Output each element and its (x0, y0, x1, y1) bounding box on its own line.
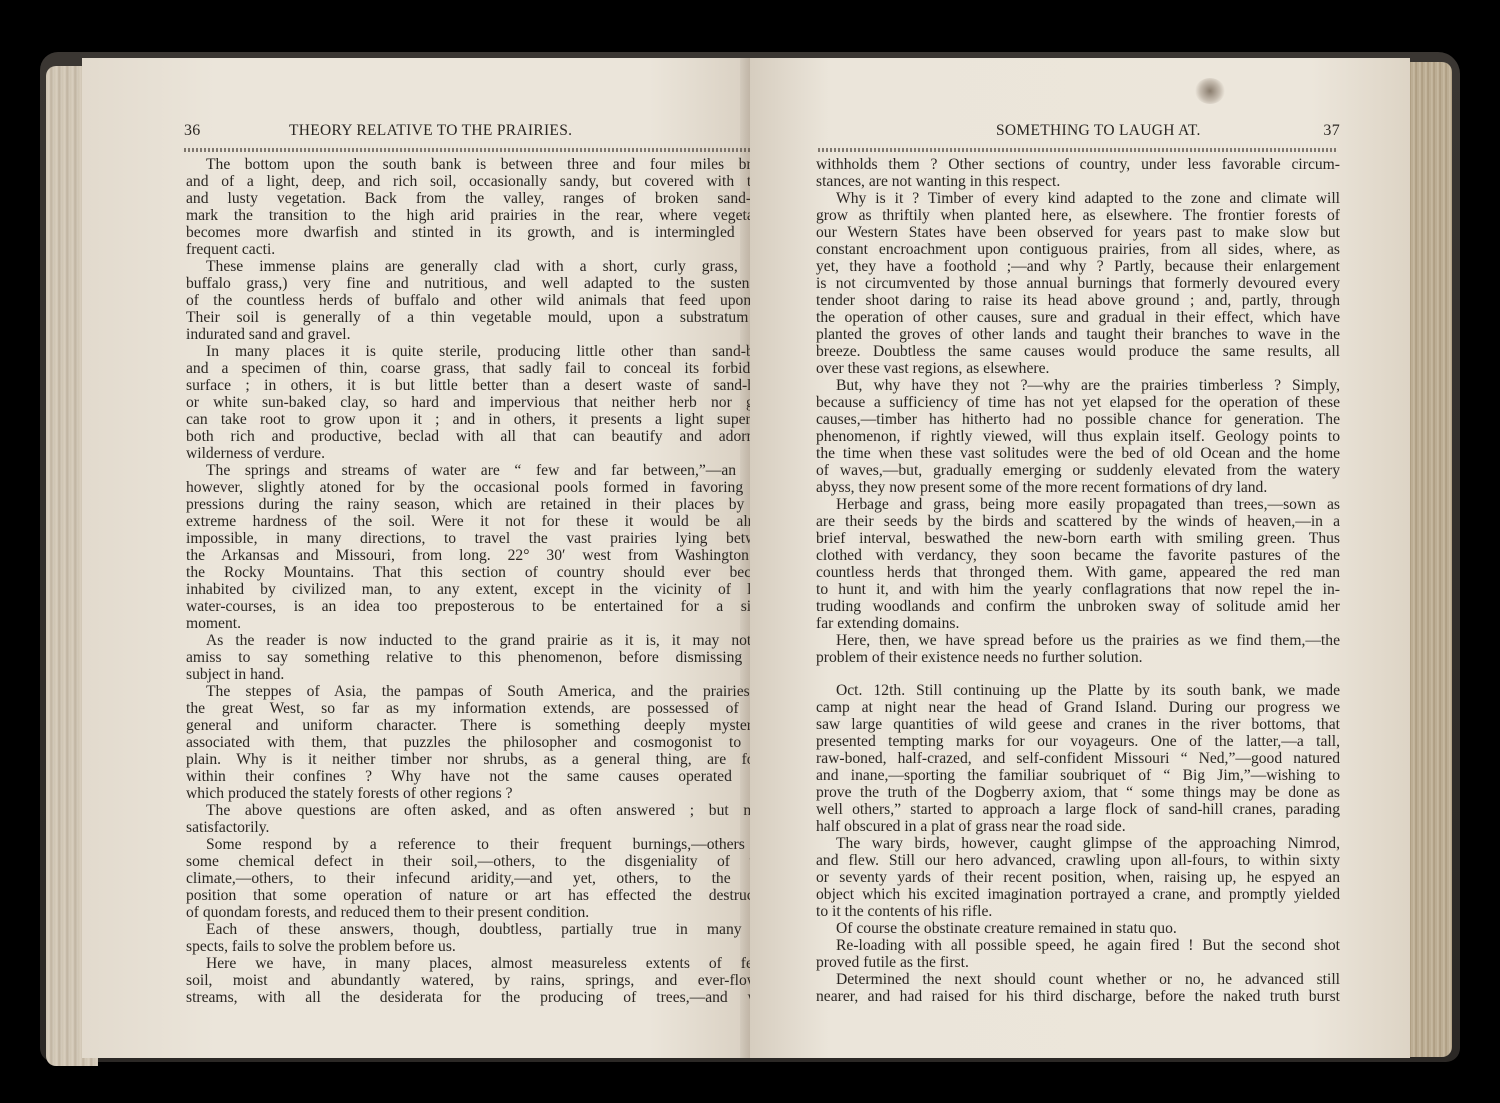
text-line: Their soil is generally of a thin vegeta… (186, 309, 778, 326)
text-line: the Rocky Mountains. That this section o… (186, 564, 778, 581)
text-line: to hunt it, and with him the yearly conf… (816, 581, 1340, 598)
text-line: the Arkansas and Missouri, from long. 22… (186, 547, 778, 564)
text-line: our Western States have been observed fo… (816, 224, 1340, 241)
paragraph: Herbage and grass, being more easily pro… (816, 496, 1340, 632)
text-line: water-courses, is an idea too prepostero… (186, 598, 778, 615)
text-line: causes,—timber has hitherto had no possi… (816, 411, 1340, 428)
text-line: The bottom upon the south bank is betwee… (186, 156, 778, 173)
text-line: and lusty vegetation. Back from the vall… (186, 190, 778, 207)
text-line: and a specimen of thin, coarse grass, th… (186, 360, 778, 377)
paragraph: The bottom upon the south bank is betwee… (186, 156, 778, 258)
text-line: of waves,—but, gradually emerging or sud… (816, 462, 1340, 479)
text-line: As the reader is now inducted to the gra… (186, 632, 778, 649)
text-line: The wary birds, however, caught glimpse … (816, 835, 1340, 852)
text-line: satisfactorily. (186, 819, 778, 836)
text-line: But, why have they not ?—why are the pra… (816, 377, 1340, 394)
page-number: 37 (1323, 122, 1340, 140)
text-line: climate,—others, to their infecund aridi… (186, 870, 778, 887)
text-line: Each of these answers, though, doubtless… (186, 921, 778, 938)
paragraph: These immense plains are generally clad … (186, 258, 778, 343)
paragraph: Each of these answers, though, doubtless… (186, 921, 778, 955)
text-line: abyss, they now present some of the more… (816, 479, 1340, 496)
text-line: Of course the obstinate creature remaine… (816, 920, 1340, 937)
header-rule (184, 148, 780, 152)
text-line: subject in hand. (186, 666, 778, 683)
text-line: Here, then, we have spread before us the… (816, 632, 1340, 649)
text-line: Re-loading with all possible speed, he a… (816, 937, 1340, 954)
paragraph: As the reader is now inducted to the gra… (186, 632, 778, 683)
text-line: wilderness of verdure. (186, 445, 778, 462)
text-line: camp at night near the head of Grand Isl… (816, 699, 1340, 716)
text-line: however, slightly atoned for by the occa… (186, 479, 778, 496)
text-line: within their confines ? Why have not the… (186, 768, 778, 785)
text-line: The steppes of Asia, the pampas of South… (186, 683, 778, 700)
text-line: can take root to grow upon it ; and in o… (186, 411, 778, 428)
left-page: 36 THEORY RELATIVE TO THE PRAIRIES. The … (82, 58, 750, 1058)
text-line: or seventy yards of their recent positio… (816, 869, 1340, 886)
text-line: Oct. 12th. Still continuing up the Platt… (816, 682, 1340, 699)
text-line: are their seeds by the birds and scatter… (816, 513, 1340, 530)
text-line: truding woodlands and confirm the unbrok… (816, 598, 1340, 615)
text-line: well others,” started to approach a larg… (816, 801, 1340, 818)
text-line: position that some operation of nature o… (186, 887, 778, 904)
text-line: which produced the stately forests of ot… (186, 785, 778, 802)
text-line: associated with them, that puzzles the p… (186, 734, 778, 751)
text-line: extreme hardness of the soil. Were it no… (186, 513, 778, 530)
text-line: Some respond by a reference to their fre… (186, 836, 778, 853)
text-line: In many places it is quite sterile, prod… (186, 343, 778, 360)
text-line: of the countless herds of buffalo and ot… (186, 292, 778, 309)
paragraph: The steppes of Asia, the pampas of South… (186, 683, 778, 802)
text-line: both rich and productive, beclad with al… (186, 428, 778, 445)
text-line: streams, with all the desiderata for the… (186, 989, 778, 1006)
text-line: frequent cacti. (186, 241, 778, 258)
text-line: grow as thriftily when planted here, as … (816, 207, 1340, 224)
page-body: withholds them ? Other sections of count… (816, 156, 1340, 1005)
text-line: countless herds that thronged them. With… (816, 564, 1340, 581)
text-line: phenomenon, if rightly viewed, will thus… (816, 428, 1340, 445)
text-line: yet, they have a foothold ;—and why ? Pa… (816, 258, 1340, 275)
text-line: prove the truth of the Dogberry axiom, t… (816, 784, 1340, 801)
text-line: to it the contents of his rifle. (816, 903, 1340, 920)
text-line: clothed with verdancy, they soon became … (816, 547, 1340, 564)
text-line: Determined the next should count whether… (816, 971, 1340, 988)
text-line: problem of their existence needs no furt… (816, 649, 1340, 666)
text-line: proved futile as the first. (816, 954, 1340, 971)
text-line: impossible, in many directions, to trave… (186, 530, 778, 547)
page-number: 36 (184, 122, 201, 140)
paragraph: But, why have they not ?—why are the pra… (816, 377, 1340, 496)
page-body: The bottom upon the south bank is betwee… (186, 156, 778, 1006)
text-line: over these vast regions, as elsewhere. (816, 360, 1340, 377)
text-line: the operation of other causes, sure and … (816, 309, 1340, 326)
text-line: presented tempting marks for our voyageu… (816, 733, 1340, 750)
text-line: plain. Why is it neither timber nor shru… (186, 751, 778, 768)
text-line: soil, moist and abundantly watered, by r… (186, 972, 778, 989)
text-line: and of a light, deep, and rich soil, occ… (186, 173, 778, 190)
text-line: the great West, so far as my information… (186, 700, 778, 717)
paragraph: Determined the next should count whether… (816, 971, 1340, 1005)
paragraph: The above questions are often asked, and… (186, 802, 778, 836)
text-line: constant encroachment upon contiguous pr… (816, 241, 1340, 258)
text-line: Herbage and grass, being more easily pro… (816, 496, 1340, 513)
text-line: is not circumvented by those annual burn… (816, 275, 1340, 292)
text-line: surface ; in others, it is but little be… (186, 377, 778, 394)
text-line: Why is it ? Timber of every kind adapted… (816, 190, 1340, 207)
header-rule (818, 148, 1338, 152)
text-line: These immense plains are generally clad … (186, 258, 778, 275)
paragraph: Some respond by a reference to their fre… (186, 836, 778, 921)
text-line: moment. (186, 615, 778, 632)
paragraph: The springs and streams of water are “ f… (186, 462, 778, 632)
page-header: SOMETHING TO LAUGH AT. 37 (818, 122, 1340, 144)
paragraph: Of course the obstinate creature remaine… (816, 920, 1340, 937)
text-line: pressions during the rainy season, which… (186, 496, 778, 513)
text-line: and flew. Still our hero advanced, crawl… (816, 852, 1340, 869)
text-line: withholds them ? Other sections of count… (816, 156, 1340, 173)
running-title: THEORY RELATIVE TO THE PRAIRIES. (289, 122, 572, 140)
text-line: or white sun-baked clay, so hard and imp… (186, 394, 778, 411)
text-line: becomes more dwarfish and stinted in its… (186, 224, 778, 241)
text-line: brief interval, beswathed the new-born e… (816, 530, 1340, 547)
text-line: half obscured in a plat of grass near th… (816, 818, 1340, 835)
text-line: because a sufficiency of time has not ye… (816, 394, 1340, 411)
ink-stain (1195, 78, 1225, 104)
paragraph: In many places it is quite sterile, prod… (186, 343, 778, 462)
right-page: SOMETHING TO LAUGH AT. 37 withholds them… (750, 58, 1410, 1058)
paragraph: Why is it ? Timber of every kind adapted… (816, 190, 1340, 377)
text-line: and inane,—sporting the familiar soubriq… (816, 767, 1340, 784)
paragraph: Re-loading with all possible speed, he a… (816, 937, 1340, 971)
text-line: object which his excited imagination por… (816, 886, 1340, 903)
page-header: 36 THEORY RELATIVE TO THE PRAIRIES. (184, 122, 780, 144)
text-line: some chemical defect in their soil,—othe… (186, 853, 778, 870)
text-line: amiss to say something relative to this … (186, 649, 778, 666)
text-line: of quondam forests, and reduced them to … (186, 904, 778, 921)
text-line: breeze. Doubtless the same causes would … (816, 343, 1340, 360)
text-line: indurated sand and gravel. (186, 326, 778, 343)
text-line: saw large quantities of wild geese and c… (816, 716, 1340, 733)
paragraph: Oct. 12th. Still continuing up the Platt… (816, 682, 1340, 835)
text-line: The springs and streams of water are “ f… (186, 462, 778, 479)
paragraph: Here we have, in many places, almost mea… (186, 955, 778, 1006)
paragraph: Here, then, we have spread before us the… (816, 632, 1340, 666)
text-line: tender shoot daring to raise its head ab… (816, 292, 1340, 309)
text-line: inhabited by civilized man, to any exten… (186, 581, 778, 598)
text-line: stances, are not wanting in this respect… (816, 173, 1340, 190)
text-line: raw-boned, half-crazed, and self-confide… (816, 750, 1340, 767)
paragraph: withholds them ? Other sections of count… (816, 156, 1340, 190)
text-line: mark the transition to the high arid pra… (186, 207, 778, 224)
text-line: spects, fails to solve the problem befor… (186, 938, 778, 955)
text-line: far extending domains. (816, 615, 1340, 632)
paragraph: The wary birds, however, caught glimpse … (816, 835, 1340, 920)
text-line: general and uniform character. There is … (186, 717, 778, 734)
text-line: Here we have, in many places, almost mea… (186, 955, 778, 972)
text-line: planted the groves of other lands and ta… (816, 326, 1340, 343)
text-line: the time when these vast solitudes were … (816, 445, 1340, 462)
text-line: buffalo grass,) very fine and nutritious… (186, 275, 778, 292)
running-title: SOMETHING TO LAUGH AT. (996, 122, 1201, 140)
text-line: nearer, and had raised for his third dis… (816, 988, 1340, 1005)
text-line: The above questions are often asked, and… (186, 802, 778, 819)
